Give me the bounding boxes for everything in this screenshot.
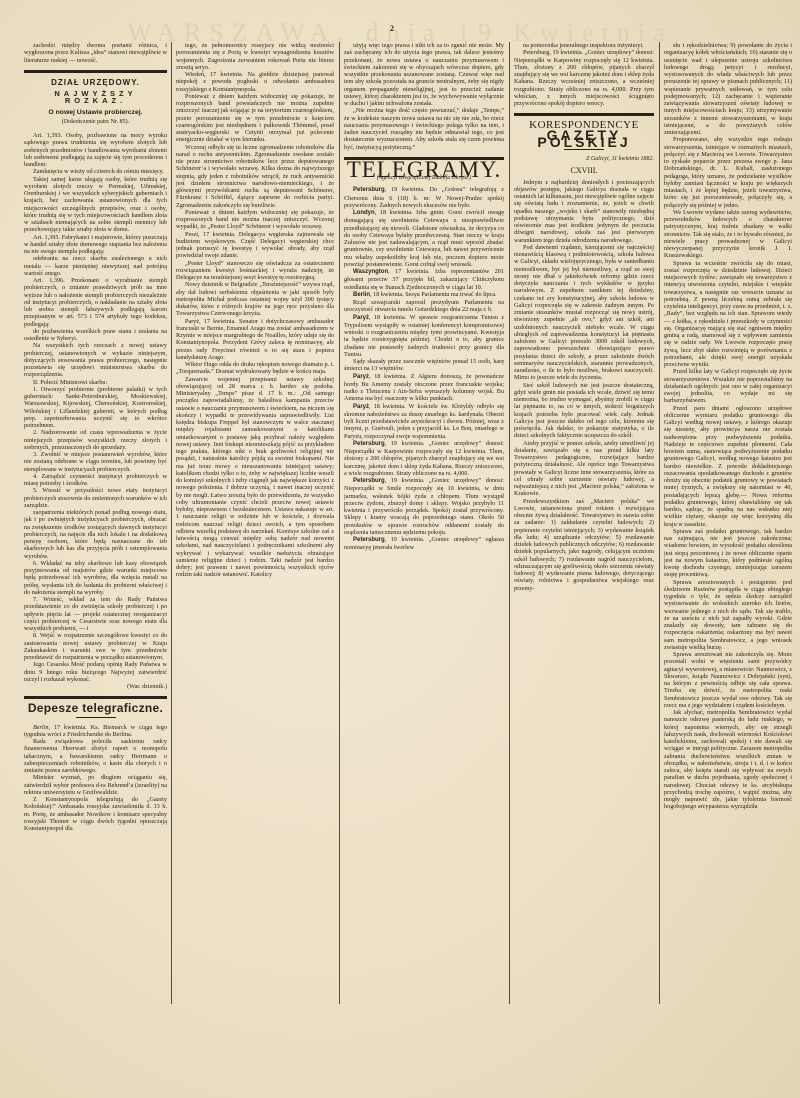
- paragraph: 6. Wkładać na izby skarbowe lub kasy obo…: [24, 560, 167, 596]
- correspondence-dateline: Z Galicyi, 11 kwietnia 1882.: [514, 156, 654, 163]
- dispatch-city: Petersburg: [353, 187, 385, 193]
- paragraph: Nowy dziennik w Belgradzie „Teraźniejszo…: [176, 281, 334, 317]
- section-title: DZIAŁ URZĘDOWY.: [24, 79, 167, 86]
- dispatch-city: Petersburg: [353, 478, 385, 484]
- paragraph: 7. Wnieść, wkład za tem do Rady Państwa …: [24, 596, 167, 632]
- correspondence-number: CXVIII.: [514, 167, 654, 174]
- dispatch-item: Rada związkowa poleciła saskiemu radcy f…: [24, 738, 167, 774]
- intro-paragraph: zachodzi między dwoma poetami różnica, i…: [24, 42, 167, 64]
- paragraph: na pomocnika jeneralnego inspektora inży…: [514, 42, 654, 49]
- dispatch-item: Waszyngton, 17 kwietnia. Izba reprezenta…: [344, 268, 504, 291]
- paragraph: Sprawa aresztowanych i postąpiono pod śl…: [664, 579, 792, 652]
- paragraph: Proponowano, aby wszystkie tego rodzaju …: [664, 136, 792, 209]
- paragraph: 2. Nadzorowanie od czasu wprowadzenia w …: [24, 429, 167, 451]
- paragraph: We Lwowie wydano także szereg wydawnictw…: [664, 209, 792, 260]
- dispatch-city: Paryż: [353, 374, 369, 380]
- dispatch-city: Waszyngton: [353, 269, 388, 275]
- correspondence-continued: słu i rękodzielnictwa; 9) powołanie do ż…: [664, 42, 792, 811]
- dispatch-text: Minister wyznań, po długiem ociąganiu si…: [24, 774, 167, 796]
- dispatch-city: Petersburg: [353, 537, 385, 543]
- decree-subtitle: O nowej Ustawie probierczej.: [24, 109, 167, 116]
- paragraph: słu i rękodzielnictwa; 9) powołanie do ż…: [664, 42, 792, 136]
- telegrams-continued: na pomocnika jeneralnego inspektora inży…: [514, 42, 654, 107]
- dispatches-body: Berlin, 17 kwietnia. Ks. Bismarck w ciąg…: [24, 724, 167, 833]
- paragraph: zaopatrzenia niektórych ponad podług now…: [24, 509, 167, 560]
- paragraph: odebraniu na rzecz skarbu znalezionego u…: [24, 255, 167, 277]
- dispatch-item: Petersburg, 19 kwietnia. „Goniec urzędow…: [344, 440, 504, 477]
- dispatch-item: Minister wyznań, po długiem ociąganiu si…: [24, 774, 167, 796]
- paragraph: Przed paru dniami ogłoszono urzędowe obl…: [664, 405, 792, 528]
- dispatch-item: Petersburg, 19 kwietnia. „Goniec urzędow…: [344, 536, 504, 552]
- dispatches-continued: tego, że pełnomocnicy rossyjscy nie widz…: [176, 42, 334, 579]
- paragraph: Przedewszystkiem zaś „Macierz polska” we…: [514, 498, 654, 592]
- dispatch-city: Paryż: [353, 315, 369, 321]
- paragraph: 4. Zarządzić czynności instytucyi probie…: [24, 473, 167, 488]
- dispatch-city: Londyn: [353, 210, 375, 216]
- paragraph: Peszt, 17 kwietnia. Delegacya węgierska …: [176, 231, 334, 260]
- continued-note: (Dokończenie patrz Nr. 85).: [24, 119, 167, 126]
- telegrams-title: TELEGRAMY.: [344, 166, 504, 173]
- dispatch-item: Petersburg, 19 kwietnia. Do „Gołosu” tel…: [344, 186, 504, 209]
- dispatch-text: Sądy skazały przez zaocznie więźniów pon…: [344, 358, 504, 372]
- paragraph: Wiedeń, 17 kwietnia. Na giełdzie dzisiej…: [176, 71, 334, 93]
- paragraph: Zamknięciu w wieży od czterech do ośmiu …: [24, 168, 167, 175]
- paragraph: Przed kilku laty w Galicyi rozpoczęło si…: [664, 368, 792, 404]
- paragraph: Sprawa aresztowań nie zakończyła się. Mo…: [664, 651, 792, 709]
- paragraph: do pozbawienia wszelkich praw stanu i ze…: [24, 328, 167, 343]
- short-rule: [76, 717, 116, 718]
- column-5: słu i rękodzielnictwa; 9) powołanie do ż…: [664, 42, 792, 1042]
- dispatch-item: Berlin, 18 kwietnia. Sesya Parlamentu ma…: [344, 291, 504, 299]
- paragraph: Takiej samej karze ulegają osoby, które …: [24, 176, 167, 234]
- dispatch-text: , 18 kwietnia. Sesya Parlamentu ma trwać…: [370, 291, 497, 298]
- dispatch-text: , 18 kwietnia. Izba gmin. Gorst zwrócił …: [344, 209, 504, 268]
- column-divider: [339, 42, 340, 1004]
- paragraph: Na wszystkich tych rzeczach z nowej usta…: [24, 342, 167, 378]
- decree-heading: NAJWYŻSZY ROZKAZ.: [24, 90, 167, 105]
- dispatch-text: , 19 kwietnia. „Goniec urzędowy” donosi:…: [344, 477, 504, 536]
- dispatch-item: Paryż, 18 kwietnia. Z Algieru donoszą, ż…: [344, 373, 504, 403]
- paragraph: Zawarcie wojennej przepisami ustawy szko…: [176, 376, 334, 579]
- dispatch-item: Londyn, 18 kwietnia. Izba gmin. Gorst zw…: [344, 209, 504, 268]
- column-1: zachodzi między dwoma poetami różnica, i…: [24, 42, 167, 1042]
- dispatch-item: Sądy skazały przez zaocznie więźniów pon…: [344, 358, 504, 373]
- section-rule: [24, 696, 167, 699]
- dispatch-item: Berlin, 17 kwietnia. Ks. Bismarck w ciąg…: [24, 724, 167, 739]
- dispatch-text: Rada związkowa poleciła saskiemu radcy f…: [24, 738, 167, 774]
- paragraph: Jak słychać, metropolita Sembratowicz wy…: [664, 709, 792, 811]
- correspondence-heading-line2: GAZETY POLSKIEJ: [514, 132, 654, 147]
- dispatch-city: Berlin: [353, 292, 370, 298]
- paragraph: II. Polecić Ministrowi skarbu:: [24, 379, 167, 386]
- dispatch-city: Paryż: [353, 404, 369, 410]
- dispatch-item: Paryż, 18 kwietnia. W sprawie rozgranicz…: [344, 314, 504, 359]
- dispatch-text: Z Konstantynopola telegrafują do „Gazety…: [24, 796, 167, 832]
- paragraph: Jednym z najbardziej doniosłych i pocies…: [514, 179, 654, 244]
- closing-paragraph: Jego Cesarska Mość podaną opinię Rady Pa…: [24, 661, 167, 683]
- column-3: użyją więc tego prawa i nikt ich za to z…: [344, 42, 504, 1042]
- paragraph: Ponieważ z dniem każdym widoczniej się p…: [176, 93, 334, 144]
- dispatch-city: Petersburg: [353, 441, 385, 447]
- paragraph: „Nie można tego dość często powtarzać,” …: [344, 107, 504, 151]
- decree-body: Art. 1,393. Osoby, pozbawione na mocy wy…: [24, 132, 167, 661]
- dispatch-item: Petersburg, 19 kwietnia. „Goniec urzędow…: [344, 477, 504, 536]
- paragraph: Wiktor Hugo odda do druku rękopism noweg…: [176, 361, 334, 376]
- paragraph: 3. Zwolnić w miejsce postanowień wyrobów…: [24, 451, 167, 473]
- column-4: na pomocnika jeneralnego inspektora inży…: [514, 42, 654, 1042]
- column-2: tego, że pełnomocnicy rossyjscy nie widz…: [176, 42, 334, 1042]
- correspondence-body: Jednym z najbardziej doniosłych i pocies…: [514, 179, 654, 592]
- paragraph: Art. 1,395. Fabrykanci i majstrowie, któ…: [24, 234, 167, 256]
- paragraph: tego, że pełnomocnicy rossyjscy nie widz…: [176, 42, 334, 71]
- dispatch-date: , 17 kwietnia.: [48, 724, 86, 731]
- column-divider: [171, 42, 172, 1004]
- column-divider: [509, 42, 510, 1004]
- paragraph: Art. 1,393. Osoby, pozbawione na mocy wy…: [24, 132, 167, 168]
- paragraph: Ponieważ z dniem każdym widoczniej się p…: [176, 209, 334, 231]
- paragraph: 5. Wnosić w przyszłości nowe etaty insty…: [24, 487, 167, 509]
- telegrams-body: Petersburg, 19 kwietnia. Do „Gołosu” tel…: [344, 186, 504, 551]
- paragraph: Pod dawnemi rządami, kierującemi się naj…: [514, 244, 654, 382]
- dispatch-item: Z Konstantynopola telegrafują do „Gazety…: [24, 796, 167, 832]
- paragraph: użyją więc tego prawa i nikt ich za to z…: [344, 42, 504, 107]
- paragraph: Sieć szkół ludowych nie jest jeszcze dos…: [514, 382, 654, 440]
- newspaper-page: WARSZAWA, dnia 19 Kwietnia 2 zachodzi mi…: [0, 0, 800, 1098]
- paragraph: 8. Wejść w rozpatrzenie szczegółowe kwes…: [24, 632, 167, 661]
- paragraph: Sprawa ta wcześnie zwróciła się do miast…: [664, 260, 792, 369]
- article-continued: użyją więc tego prawa i nikt ich za to z…: [344, 42, 504, 151]
- paragraph: „Pester Lloyd” stanowczo się oświadcza z…: [176, 260, 334, 282]
- dispatch-item: Paryż, 18 kwietnia. W kościele św. Kloty…: [344, 403, 504, 440]
- paragraph: Ażeby przyjść w pomoc szkole, ażeby umoż…: [514, 440, 654, 498]
- dispatch-city: Berlin: [33, 724, 48, 731]
- dispatch-text: Rząd szwajcarski zaprosił prezydyum Parl…: [344, 299, 504, 313]
- paragraph: Petersburg, 19 kwietnia. „Goniec urzędow…: [514, 49, 654, 107]
- paragraph: Art. 1,396. Przekonani o wyrabianie stem…: [24, 277, 167, 328]
- paragraph: Sprawa zaś podatku gruntowego, tak bardz…: [664, 528, 792, 579]
- section-rule: [514, 113, 654, 116]
- column-divider: [659, 42, 660, 1004]
- page-number: 2: [390, 24, 394, 33]
- section-rule: [24, 70, 167, 73]
- paragraph: 1. Otworzyć probiernie (probierne palatk…: [24, 386, 167, 430]
- dispatch-item: Rząd szwajcarski zaprosił prezydyum Parl…: [344, 299, 504, 314]
- dispatches-title: Depesze telegraficzne.: [24, 705, 167, 712]
- paragraph: Paryż, 17 kwietnia. Senator i dotychczas…: [176, 318, 334, 362]
- paragraph: Wczoraj odbyło się tu liczne zgromadzeni…: [176, 144, 334, 209]
- source-credit: (War. dziennik.): [24, 683, 167, 690]
